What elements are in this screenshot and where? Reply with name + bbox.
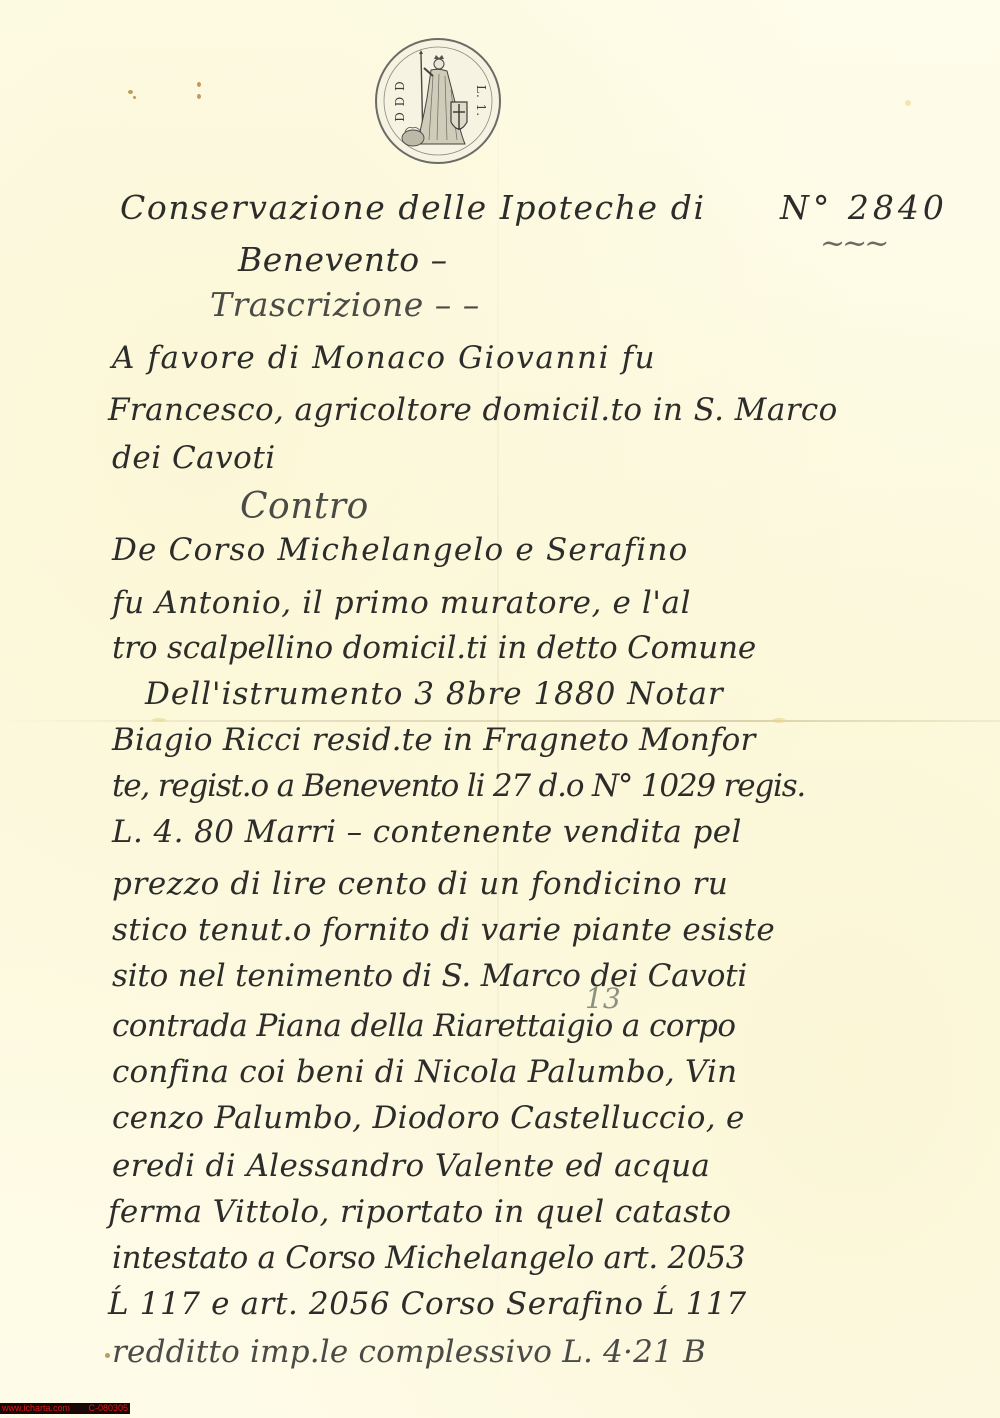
watermark-bar: www.icharta.com C-080305 [0,1403,130,1414]
foxing-spot [128,90,133,94]
body-line: confina coi beni di Nicola Palumbo, Vin [112,1054,737,1090]
body-line: eredi di Alessandro Valente ed acqua [112,1148,710,1184]
stain-spot [772,718,786,723]
seal-right-text: L. 1. [474,85,488,117]
number-underline-flourish: ~~~ [820,226,886,261]
body-line: prezzo di lire cento di un fondicino ru [112,866,729,902]
foxing-spot [133,96,136,99]
body-line: Biagio Ricci resid.te in Fragneto Monfor [112,722,756,758]
body-line: te, regist.o a Benevento li 27 d.o N° 10… [112,768,805,804]
body-line: intestato a Corso Michelangelo art. 2053 [112,1240,745,1276]
body-line: fu Antonio, il primo muratore, e l'al [112,585,691,621]
body-line: contrada Piana della Riarettaigio a corp… [112,1008,735,1044]
watermark-site: www.icharta.com [2,1403,70,1414]
registration-number: N° 2840 [780,188,948,227]
header-line-conservazione: Conservazione delle Ipoteche di [120,188,706,227]
header-line-trascrizione: Trascrizione – – [210,285,480,324]
body-line: sito nel tenimento di S. Marco dei Cavot… [112,958,747,994]
foxing-spot [197,94,201,99]
header-line-benevento: Benevento – [238,240,448,279]
body-line: cenzo Palumbo, Diodoro Castelluccio, e [112,1100,745,1136]
body-line: Dell'istrumento 3 8bre 1880 Notar [145,676,724,712]
body-line: De Corso Michelangelo e Serafino [112,532,689,568]
body-line: L. 4. 80 Marri – contenente vendita pel [112,814,742,850]
body-line: Francesco, agricoltore domicil.to in S. … [108,392,838,428]
body-line: tro scalpellino domicil.ti in detto Comu… [112,630,756,666]
body-line: redditto imp.le complessivo L. 4·21 B [112,1334,706,1370]
stain-spot [905,100,911,106]
pencil-annotation-number: 13 [585,982,621,1015]
revenue-seal: D D D L. 1. [375,38,501,164]
body-line-contro: Contro [240,486,369,527]
foxing-spot [105,1353,110,1358]
foxing-spot [197,82,201,87]
body-line: ferma Vittolo, riportato in quel catasto [108,1194,731,1230]
seal-left-text: D D D [393,80,407,122]
watermark-code: C-080305 [88,1403,128,1414]
body-line: stico tenut.o fornito di varie piante es… [112,912,775,948]
body-line: A favore di Monaco Giovanni fu [112,340,656,376]
body-line: dei Cavoti [112,440,276,476]
body-line: Ĺ 117 e art. 2056 Corso Serafino Ĺ 117 [108,1286,747,1322]
